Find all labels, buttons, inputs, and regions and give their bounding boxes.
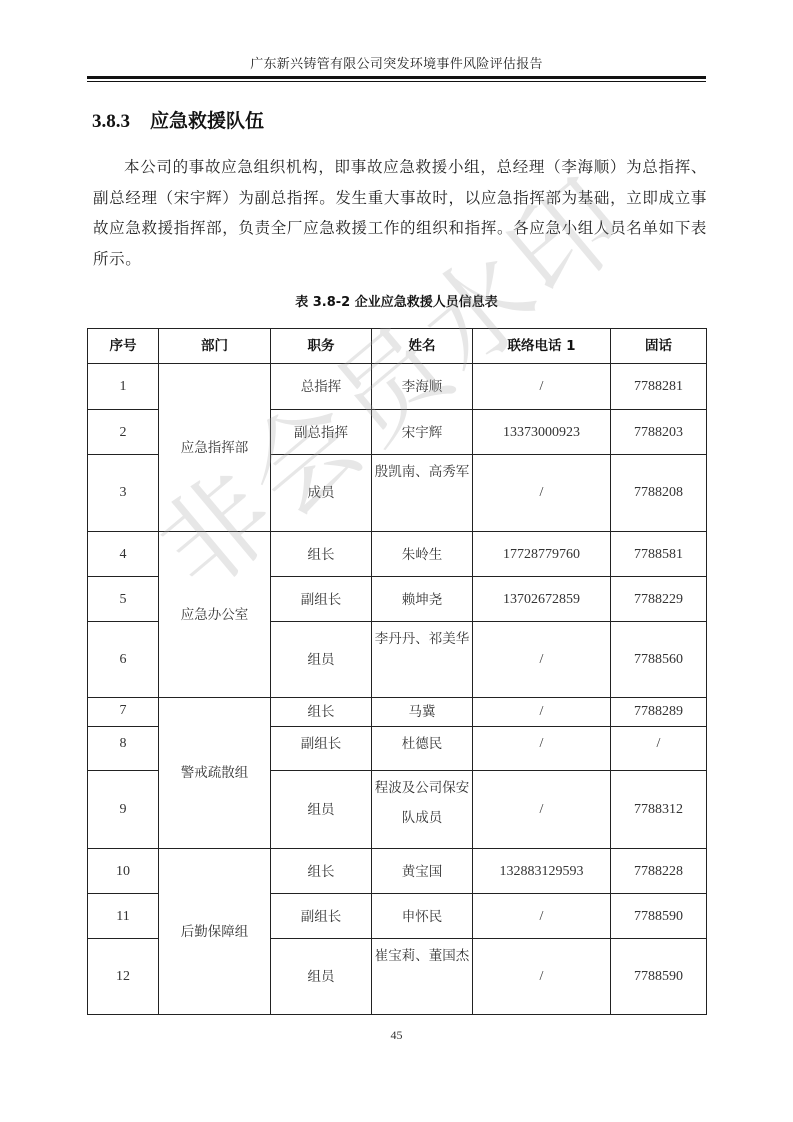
cell-name: 朱岭生 <box>372 532 473 577</box>
section-number: 3.8.3 <box>92 111 130 132</box>
cell-mobile: / <box>473 364 611 410</box>
cell-mobile: / <box>473 622 611 698</box>
running-header-title: 广东新兴铸管有限公司突发环境事件风险评估报告 <box>87 53 706 72</box>
table-row: 1 应急指挥部 总指挥 李海顺 / 7788281 <box>88 364 707 410</box>
cell-mobile: / <box>473 771 611 849</box>
header-rule-thick <box>87 76 706 79</box>
cell-department: 应急办公室 <box>159 532 271 698</box>
cell-role: 副组长 <box>271 577 372 622</box>
cell-name: 马冀 <box>372 698 473 727</box>
table-row: 7 警戒疏散组 组长 马冀 / 7788289 <box>88 698 707 727</box>
cell-landline: 7788581 <box>611 532 707 577</box>
cell-landline: 7788312 <box>611 771 707 849</box>
cell-landline: 7788590 <box>611 894 707 939</box>
column-header: 职务 <box>271 329 372 364</box>
cell-role: 成员 <box>271 455 372 532</box>
cell-mobile: 13702672859 <box>473 577 611 622</box>
cell-name: 申怀民 <box>372 894 473 939</box>
column-header: 联络电话 1 <box>473 329 611 364</box>
cell-department: 警戒疏散组 <box>159 698 271 849</box>
cell-no: 10 <box>88 849 159 894</box>
cell-mobile: 17728779760 <box>473 532 611 577</box>
header-rule-thin <box>87 81 706 82</box>
cell-role: 组长 <box>271 698 372 727</box>
emergency-staff-table: 序号 部门 职务 姓名 联络电话 1 固话 1 应急指挥部 总指挥 李海顺 / … <box>87 328 707 1015</box>
cell-no: 7 <box>88 698 159 727</box>
column-header: 序号 <box>88 329 159 364</box>
cell-no: 1 <box>88 364 159 410</box>
cell-landline: 7788229 <box>611 577 707 622</box>
table-row: 4 应急办公室 组长 朱岭生 17728779760 7788581 <box>88 532 707 577</box>
cell-landline: 7788281 <box>611 364 707 410</box>
cell-landline: 7788203 <box>611 410 707 455</box>
cell-role: 组员 <box>271 939 372 1015</box>
cell-name: 李海顺 <box>372 364 473 410</box>
cell-no: 11 <box>88 894 159 939</box>
cell-landline: 7788560 <box>611 622 707 698</box>
cell-no: 6 <box>88 622 159 698</box>
cell-mobile: 13373000923 <box>473 410 611 455</box>
body-paragraph: 本公司的事故应急组织机构，即事故应急救援小组，总经理（李海顺）为总指挥、副总经理… <box>93 152 707 274</box>
cell-name: 杜德民 <box>372 727 473 771</box>
cell-mobile: / <box>473 698 611 727</box>
cell-no: 5 <box>88 577 159 622</box>
cell-department: 后勤保障组 <box>159 849 271 1015</box>
section-heading: 3.8.3应急救援队伍 <box>92 106 264 133</box>
cell-name: 赖坤尧 <box>372 577 473 622</box>
cell-mobile: / <box>473 455 611 532</box>
cell-role: 总指挥 <box>271 364 372 410</box>
cell-mobile: / <box>473 939 611 1015</box>
table-header-row: 序号 部门 职务 姓名 联络电话 1 固话 <box>88 329 707 364</box>
cell-landline: / <box>611 727 707 771</box>
section-title: 应急救援队伍 <box>150 110 264 132</box>
cell-no: 4 <box>88 532 159 577</box>
cell-no: 2 <box>88 410 159 455</box>
cell-landline: 7788289 <box>611 698 707 727</box>
cell-no: 9 <box>88 771 159 849</box>
cell-name: 黄宝国 <box>372 849 473 894</box>
cell-role: 组长 <box>271 532 372 577</box>
column-header: 姓名 <box>372 329 473 364</box>
cell-no: 12 <box>88 939 159 1015</box>
cell-no: 8 <box>88 727 159 771</box>
cell-role: 副组长 <box>271 727 372 771</box>
cell-role: 组员 <box>271 771 372 849</box>
cell-mobile: 132883129593 <box>473 849 611 894</box>
column-header: 部门 <box>159 329 271 364</box>
cell-role: 副总指挥 <box>271 410 372 455</box>
cell-role: 组长 <box>271 849 372 894</box>
cell-mobile: / <box>473 894 611 939</box>
cell-role: 副组长 <box>271 894 372 939</box>
cell-name: 程波及公司保安队成员 <box>372 771 473 849</box>
cell-name: 崔宝莉、董国杰 <box>372 939 473 1015</box>
page-number: 45 <box>87 1028 706 1043</box>
cell-landline: 7788208 <box>611 455 707 532</box>
table-caption: 表 3.8-2 企业应急救援人员信息表 <box>87 291 706 310</box>
cell-landline: 7788590 <box>611 939 707 1015</box>
cell-name: 宋宇辉 <box>372 410 473 455</box>
table-row: 10 后勤保障组 组长 黄宝国 132883129593 7788228 <box>88 849 707 894</box>
cell-landline: 7788228 <box>611 849 707 894</box>
cell-no: 3 <box>88 455 159 532</box>
cell-name: 李丹丹、祁美华 <box>372 622 473 698</box>
cell-department: 应急指挥部 <box>159 364 271 532</box>
column-header: 固话 <box>611 329 707 364</box>
cell-role: 组员 <box>271 622 372 698</box>
cell-mobile: / <box>473 727 611 771</box>
cell-name: 殷凯南、高秀军 <box>372 455 473 532</box>
